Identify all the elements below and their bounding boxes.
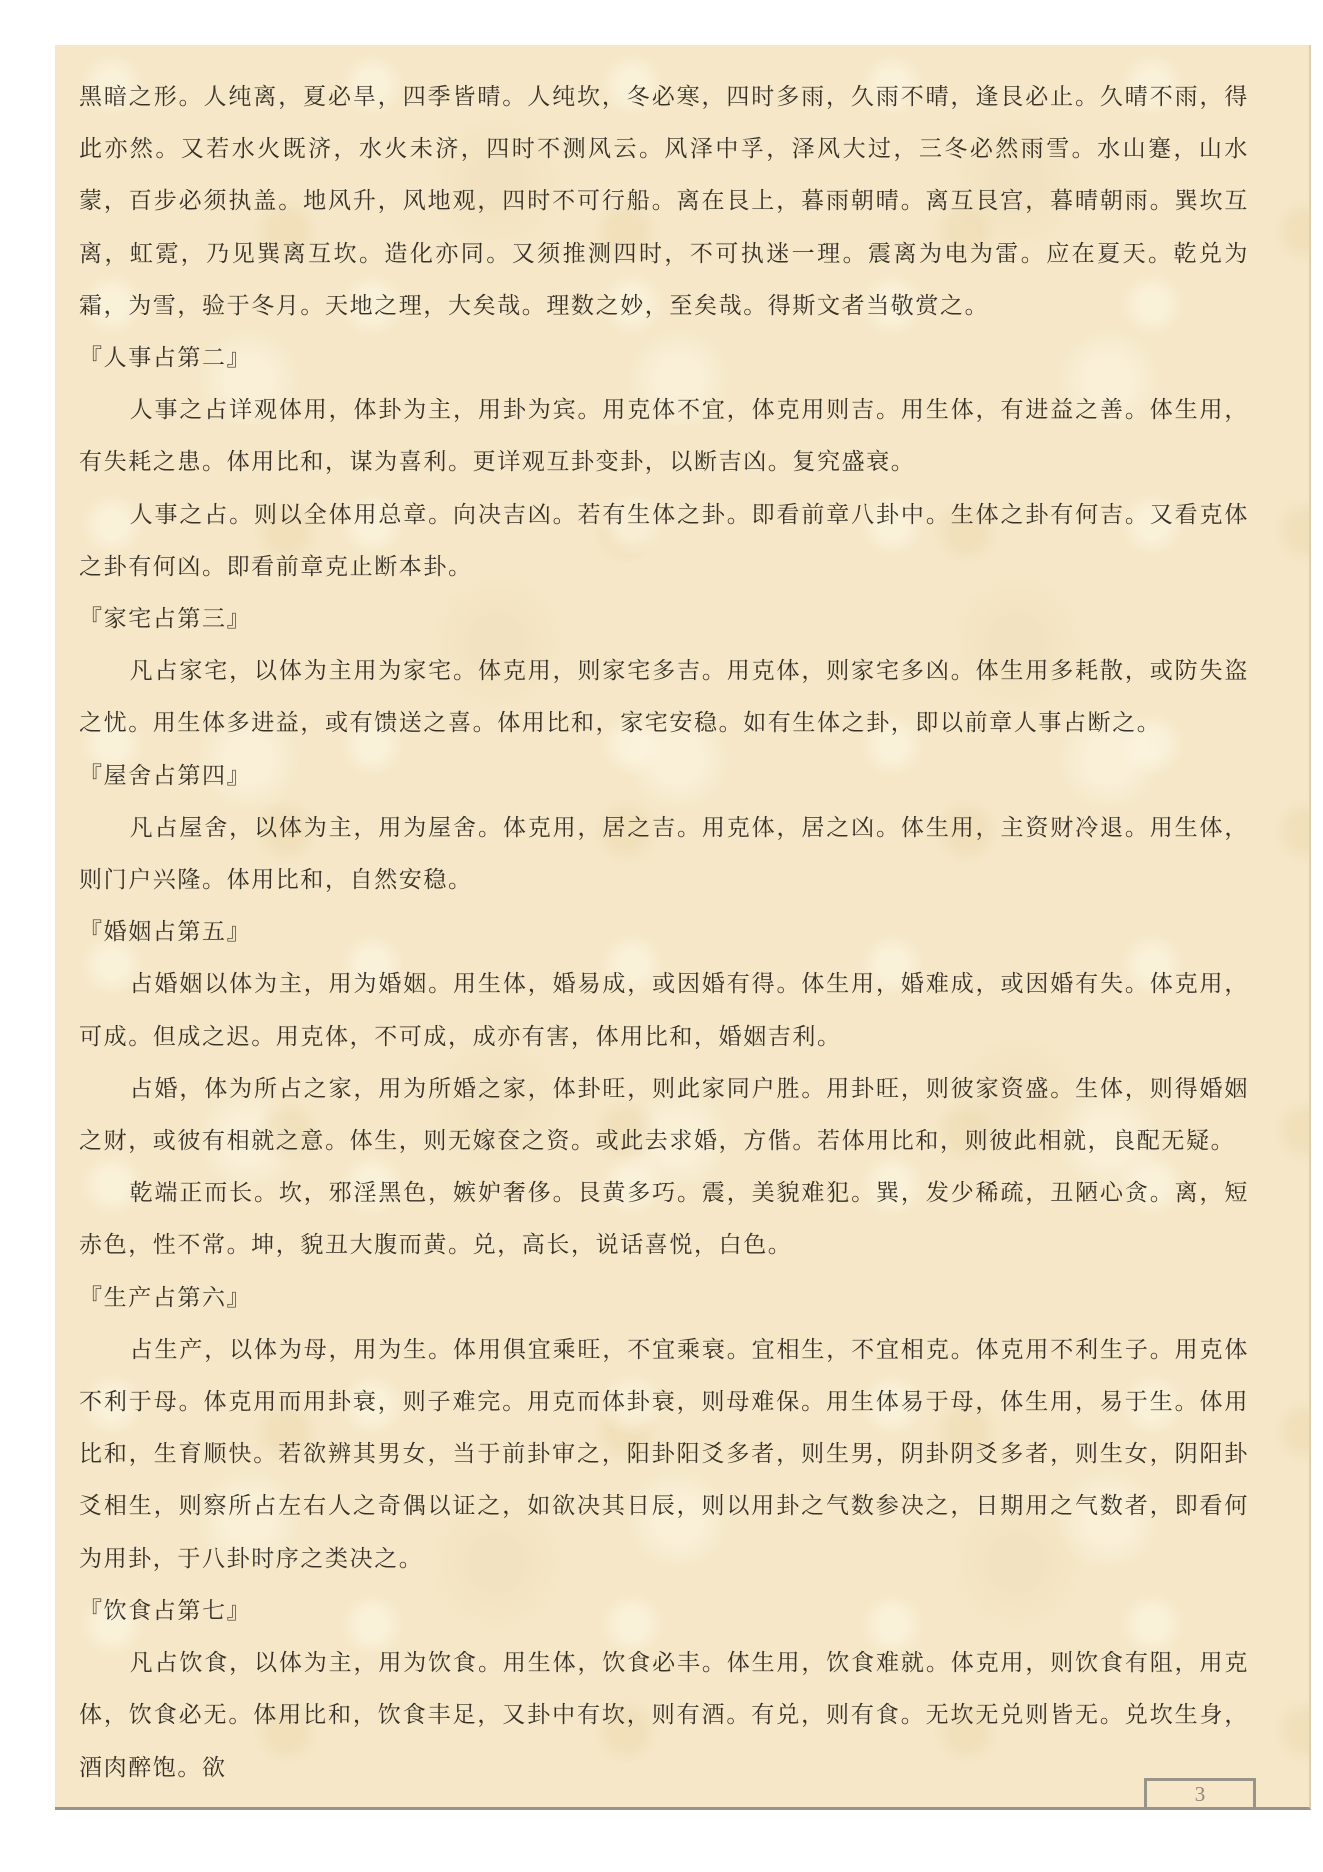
paragraph: 乾端正而长。坎，邪淫黑色，嫉妒奢侈。艮黄多巧。震，美貌难犯。巽，发少稀疏，丑陋心…: [79, 1167, 1249, 1271]
paragraph: 占生产，以体为母，用为生。体用俱宜乘旺，不宜乘衰。宜相生，不宜相克。体克用不利生…: [79, 1324, 1249, 1585]
page-number-tab: 3: [1144, 1778, 1256, 1807]
section-heading: 『饮食占第七』: [79, 1585, 1249, 1637]
paragraph: 凡占屋舍，以体为主，用为屋舍。体克用，居之吉。用克体，居之凶。体生用，主资财冷退…: [79, 802, 1249, 906]
paragraph: 凡占家宅，以体为主用为家宅。体克用，则家宅多吉。用克体，则家宅多凶。体生用多耗散…: [79, 645, 1249, 749]
document-page: 黑暗之形。人纯离，夏必旱，四季皆晴。人纯坎，冬必寒，四时多雨，久雨不晴，逢艮必止…: [55, 45, 1311, 1810]
document-body: 黑暗之形。人纯离，夏必旱，四季皆晴。人纯坎，冬必寒，四时多雨，久雨不晴，逢艮必止…: [79, 71, 1249, 1794]
section-heading: 『生产占第六』: [79, 1272, 1249, 1324]
section-heading: 『人事占第二』: [79, 332, 1249, 384]
page-number: 3: [1195, 1784, 1206, 1805]
paragraph: 黑暗之形。人纯离，夏必旱，四季皆晴。人纯坎，冬必寒，四时多雨，久雨不晴，逢艮必止…: [79, 71, 1249, 332]
paragraph: 占婚，体为所占之家，用为所婚之家，体卦旺，则此家同户胜。用卦旺，则彼家资盛。生体…: [79, 1063, 1249, 1167]
paragraph: 人事之占详观体用，体卦为主，用卦为宾。用克体不宜，体克用则吉。用生体，有进益之善…: [79, 384, 1249, 488]
section-heading: 『屋舍占第四』: [79, 750, 1249, 802]
section-heading: 『家宅占第三』: [79, 593, 1249, 645]
paragraph: 凡占饮食，以体为主，用为饮食。用生体，饮食必丰。体生用，饮食难就。体克用，则饮食…: [79, 1637, 1249, 1794]
screenshot-canvas: 黑暗之形。人纯离，夏必旱，四季皆晴。人纯坎，冬必寒，四时多雨，久雨不晴，逢艮必止…: [0, 0, 1323, 1872]
section-heading: 『婚姻占第五』: [79, 906, 1249, 958]
paragraph: 占婚姻以体为主，用为婚姻。用生体，婚易成，或因婚有得。体生用，婚难成，或因婚有失…: [79, 958, 1249, 1062]
paragraph: 人事之占。则以全体用总章。向决吉凶。若有生体之卦。即看前章八卦中。生体之卦有何吉…: [79, 489, 1249, 593]
